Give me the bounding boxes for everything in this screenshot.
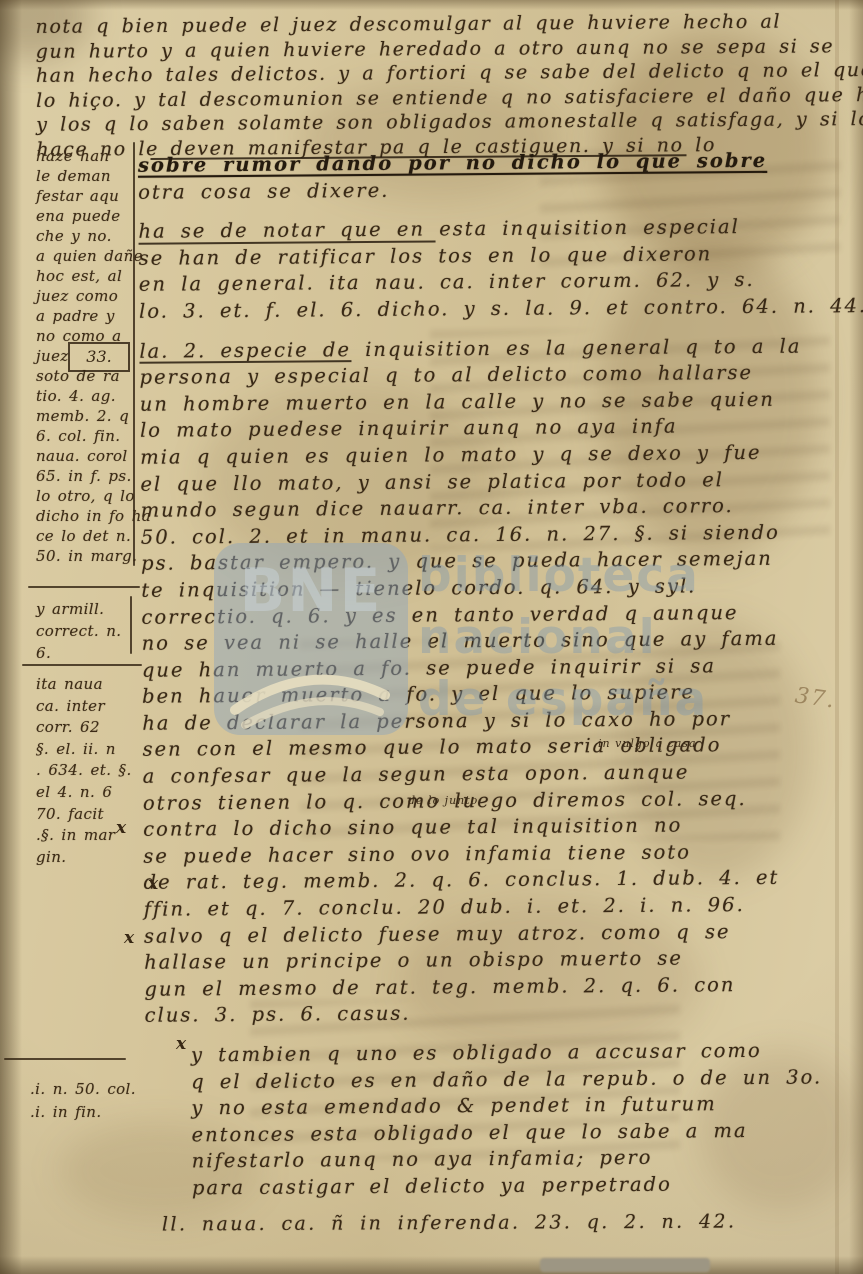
opening-paragraph: nota q bien puede el juez descomulgar al… <box>35 9 848 162</box>
margin-note-line: §. el. ii. n <box>36 739 144 761</box>
paragraph: la. 2. especie de inquisition es la gene… <box>139 333 850 1030</box>
margin-note-line: ca. inter <box>36 696 144 718</box>
margin-cross-mark: x <box>148 874 158 894</box>
margin-note-line: corr. 62 <box>36 717 144 739</box>
margin-note-line: .i. in fin. <box>30 1101 148 1124</box>
margin-note-line: el 4. n. 6 <box>36 782 144 804</box>
boxed-margin-number: 33. <box>68 342 130 372</box>
paragraph: y tambien q uno es obligado a accusar co… <box>191 1037 852 1202</box>
margin-rule-horizontal <box>22 664 142 666</box>
margin-notes-block-4: .i. n. 50. col..i. in fin. <box>30 1078 148 1124</box>
text-line: lo. 3. et. f. el. 6. dicho. y s. la. 9. … <box>139 293 845 325</box>
margin-note-line: .§. in mar <box>36 825 144 847</box>
text-line: para castigar el delicto ya perpetrado <box>192 1170 852 1202</box>
margin-note-line: correct. n. <box>36 620 144 642</box>
margin-note-line: 65. in f. ps. <box>36 466 144 486</box>
manuscript-page: nota q bien puede el juez descomulgar al… <box>0 0 863 1274</box>
margin-rule-horizontal <box>28 586 140 588</box>
page-edge-top <box>0 0 863 10</box>
margin-rule-horizontal <box>4 1058 126 1060</box>
margin-note-line: haze han <box>36 146 144 166</box>
margin-notes-block-2: y armill.correct. n.6. <box>36 598 144 664</box>
margin-cross-mark: x <box>124 928 134 948</box>
margin-note-line: juez como <box>36 286 144 306</box>
margin-note-line: 50. in marg. <box>36 546 144 566</box>
page-edge-bottom <box>0 1256 863 1274</box>
margin-note-line: 6. <box>36 642 144 664</box>
margin-note-line: ce lo det n. <box>36 526 144 546</box>
paragraph: ha se de notar que en esta inquisition e… <box>138 213 845 325</box>
main-text-column: sobre rumor dando por no dicho lo que so… <box>138 147 852 1215</box>
margin-note-line: 6. col. fin. <box>36 426 144 446</box>
margin-note-line: lo otro, q lo <box>36 486 144 506</box>
repair-patch <box>540 1258 710 1272</box>
margin-note-line: dicho in fo ha <box>36 506 144 526</box>
text-line: clus. 3. ps. 6. casus. <box>145 998 851 1030</box>
margin-note-line: naua. corol <box>36 446 144 466</box>
paragraph: sobre rumor dando por no dicho lo que so… <box>138 147 844 206</box>
margin-notes-block-3: ita nauaca. intercorr. 62§. el. ii. n. 6… <box>36 674 144 868</box>
margin-note-line: a padre y <box>36 306 144 326</box>
footer-citation: ll. naua. ca. ñ in inferenda. 23. q. 2. … <box>162 1210 737 1235</box>
margin-note-line: gin. <box>36 847 144 869</box>
page-edge-left <box>0 0 22 1274</box>
margin-note-line: che y no. <box>36 226 144 246</box>
margin-note-line: memb. 2. q <box>36 406 144 426</box>
margin-note-line: .i. n. 50. col. <box>30 1078 148 1101</box>
text-line: otra cosa se dixere. <box>138 174 844 206</box>
interlinear-insertion: in vulgo q casa <box>598 737 697 750</box>
margin-note-line: 70. facit <box>36 804 144 826</box>
interlinear-insertion: de lo junto <box>408 794 478 807</box>
margin-note-line: ena puede <box>36 206 144 226</box>
margin-note-line: tio. 4. ag. <box>36 386 144 406</box>
margin-note-line: a quien dañe <box>36 246 144 266</box>
margin-note-line: y armill. <box>36 598 144 620</box>
margin-cross-mark: x <box>176 1034 186 1054</box>
margin-note-line: hoc est, al <box>36 266 144 286</box>
margin-cross-mark: x <box>116 818 126 838</box>
margin-note-line: le deman <box>36 166 144 186</box>
margin-note-line: festar aqu <box>36 186 144 206</box>
margin-note-line: . 634. et. §. <box>36 760 144 782</box>
margin-note-line: ita naua <box>36 674 144 696</box>
